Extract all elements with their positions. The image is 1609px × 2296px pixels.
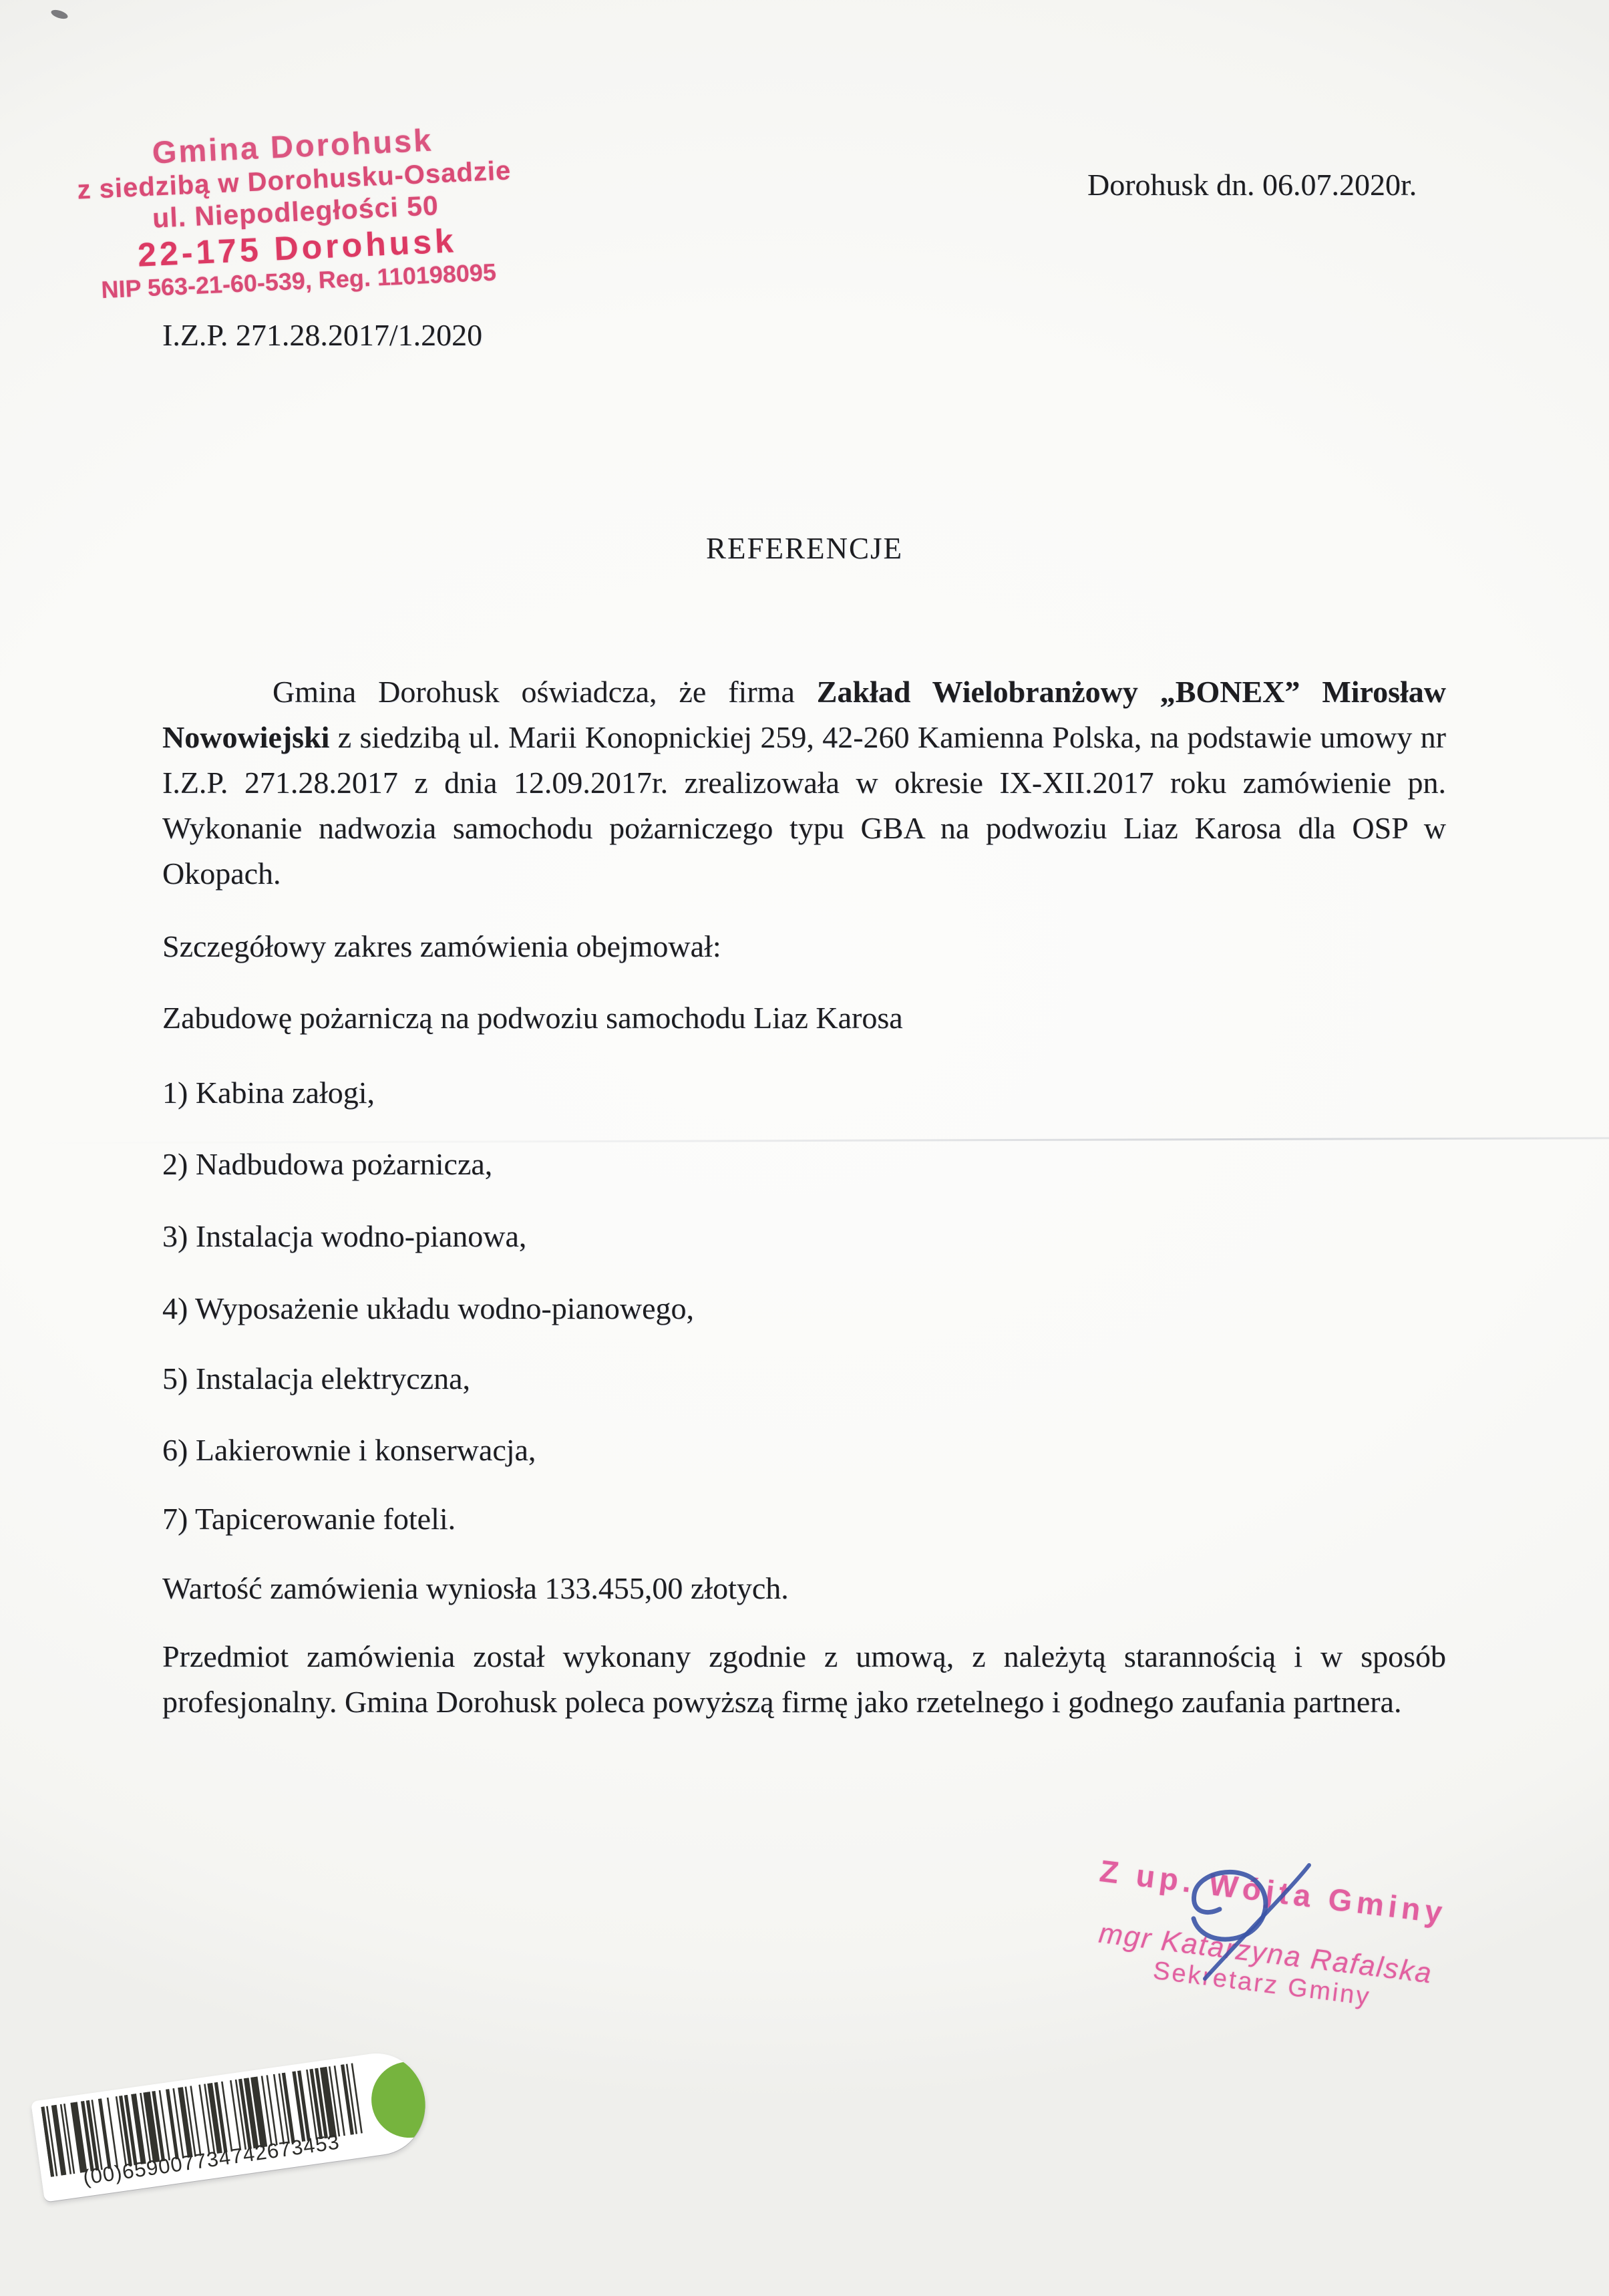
scope-heading: Szczegółowy zakres zamówienia obejmował: [162, 924, 1446, 969]
scope-item-4: 4) Wyposażenie układu wodno-pianowego, [162, 1286, 1446, 1331]
scope-item-7: 7) Tapicerowanie foteli. [162, 1496, 1446, 1542]
scope-item-2: 2) Nadbudowa pożarnicza, [162, 1142, 1446, 1187]
scanned-document-page: Gmina Dorohusk z siedzibą w Dorohusku-Os… [0, 0, 1609, 2296]
intro-paragraph: Gmina Dorohusk oświadcza, że firma Zakła… [162, 669, 1446, 896]
date-line: Dorohusk dn. 06.07.2020r. [1087, 167, 1417, 202]
document-title: REFERENCJE [0, 531, 1609, 566]
scan-speck [50, 8, 69, 20]
scope-item-5: 5) Instalacja elektryczna, [162, 1356, 1446, 1402]
sticker-green-dot [367, 2057, 432, 2143]
scope-intro-line: Zabudowę pożarniczą na podwoziu samochod… [162, 995, 1446, 1041]
barcode-sticker: (00)659007734742673453 [31, 2047, 431, 2202]
scope-item-1: 1) Kabina załogi, [162, 1070, 1446, 1116]
intro-text-before: Gmina Dorohusk oświadcza, że firma [273, 675, 817, 709]
pen-signature [1154, 1854, 1325, 1991]
reference-number: I.Z.P. 271.28.2017/1.2020 [162, 317, 482, 353]
closing-paragraph: Przedmiot zamówienia został wykonany zgo… [162, 1634, 1446, 1725]
scope-item-3: 3) Instalacja wodno-pianowa, [162, 1214, 1446, 1259]
intro-text-after: z siedzibą ul. Marii Konopnickiej 259, 4… [162, 720, 1446, 890]
scope-item-6: 6) Lakierownie i konserwacja, [162, 1428, 1446, 1473]
municipality-header-stamp: Gmina Dorohusk z siedzibą w Dorohusku-Os… [73, 118, 518, 305]
order-value-line: Wartość zamówienia wyniosła 133.455,00 z… [162, 1566, 1446, 1611]
